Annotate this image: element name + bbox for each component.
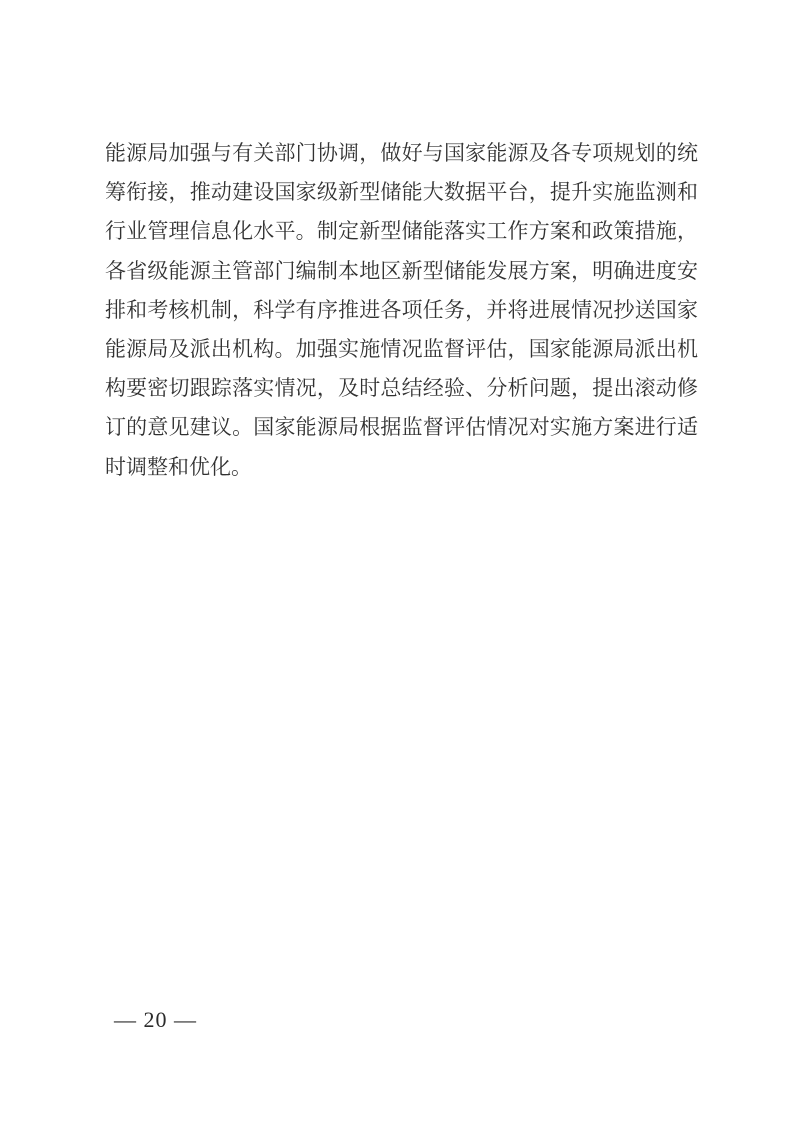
text-line: 排和考核机制，科学有序推进各项任务，并将进展情况抄送国家 — [105, 291, 698, 330]
page-number: — 20 — — [114, 1007, 197, 1033]
body-paragraph: 能源局加强与有关部门协调，做好与国家能源及各专项规划的统 筹衔接，推动建设国家级… — [105, 134, 698, 487]
text-line: 时调整和优化。 — [105, 448, 698, 487]
text-line: 行业管理信息化水平。制定新型储能落实工作方案和政策措施， — [105, 212, 698, 251]
text-line: 订的意见建议。国家能源局根据监督评估情况对实施方案进行适 — [105, 408, 698, 447]
text-line: 各省级能源主管部门编制本地区新型储能发展方案，明确进度安 — [105, 252, 698, 291]
document-page: 能源局加强与有关部门协调，做好与国家能源及各专项规划的统 筹衔接，推动建设国家级… — [0, 0, 800, 1131]
text-line: 筹衔接，推动建设国家级新型储能大数据平台，提升实施监测和 — [105, 173, 698, 212]
text-line: 能源局及派出机构。加强实施情况监督评估，国家能源局派出机 — [105, 330, 698, 369]
text-line: 构要密切跟踪落实情况，及时总结经验、分析问题，提出滚动修 — [105, 369, 698, 408]
text-line: 能源局加强与有关部门协调，做好与国家能源及各专项规划的统 — [105, 134, 698, 173]
